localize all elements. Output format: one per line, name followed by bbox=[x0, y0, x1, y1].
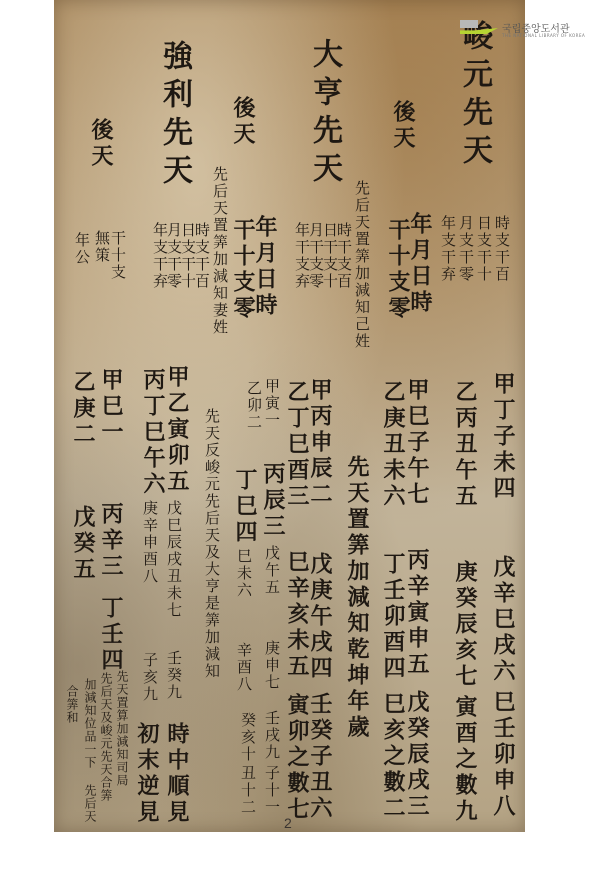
body-column: 寅卯之數七 bbox=[286, 693, 308, 823]
note-column: 先天置算加減知司局 bbox=[116, 670, 128, 787]
body-column: 庚癸辰亥七 bbox=[454, 560, 476, 690]
table-header: 時支干百 bbox=[494, 215, 509, 283]
body-column: 丙辛寅申五 bbox=[406, 548, 428, 678]
body-column: 庚辛申酉八 bbox=[142, 500, 157, 585]
body-column: 巳辛亥未五 bbox=[286, 550, 308, 680]
library-name-english: THE NATIONAL LIBRARY OF KOREA bbox=[502, 33, 585, 38]
body-column: 戊午五 bbox=[264, 545, 279, 596]
table-header: 無策 bbox=[94, 230, 109, 264]
body-column: 巳亥之數二 bbox=[382, 692, 404, 822]
body-column: 子十一 bbox=[264, 765, 279, 816]
heading-hucheon-1: 後天 bbox=[392, 100, 414, 152]
body-column: 丁壬卯酉四 bbox=[382, 552, 404, 682]
body-column: 甲乙寅卯五 bbox=[166, 365, 188, 495]
subheading-know-own-surname: 先后天置筭加減知己姓 bbox=[354, 180, 369, 350]
heading-hucheon-2: 後天 bbox=[232, 96, 254, 148]
table-header: 年月日時 bbox=[409, 212, 431, 316]
table-header: 干十支零 bbox=[387, 218, 409, 322]
heading-gangni-seoncheon: 強利先天 bbox=[159, 40, 189, 192]
table-header: 干十支零 bbox=[232, 218, 254, 322]
body-column: 丁巳四 bbox=[234, 468, 256, 546]
body-column: 乙丙丑午五 bbox=[454, 380, 476, 510]
body-column: 癸亥十 bbox=[240, 712, 255, 763]
body-column: 戊庚午戌四 bbox=[309, 552, 331, 682]
body-column: 壬癸子丑六 bbox=[309, 692, 331, 822]
body-column: 丑十二 bbox=[240, 765, 255, 816]
body-column: 乙丁巳酉三 bbox=[286, 380, 308, 510]
table-header: 年月日時 bbox=[254, 215, 276, 319]
page-number: 2 bbox=[284, 815, 292, 831]
table-header: 年支干弃 bbox=[440, 215, 455, 283]
body-column: 子亥九 bbox=[142, 652, 157, 703]
body-column: 丁壬四 bbox=[100, 596, 122, 674]
body-column: 戊癸五 bbox=[72, 505, 94, 583]
table-header: 干十支 bbox=[110, 230, 125, 281]
subheading-know-wife-surname: 先后天置筭加減知妻姓 bbox=[212, 166, 227, 336]
body-column: 甲寅一 bbox=[264, 378, 279, 429]
body-column: 巳壬卯申八 bbox=[492, 690, 514, 820]
note-column: 合筭和 bbox=[66, 685, 78, 724]
heading-junwon-seoncheon: 峻元先天 bbox=[459, 20, 489, 172]
body-column: 丙丁巳午六 bbox=[142, 368, 164, 498]
body-column: 戊巳辰戌丑未七 bbox=[166, 500, 181, 619]
body-column: 壬癸九 bbox=[166, 650, 181, 701]
body-column: 甲丁子未四 bbox=[492, 372, 514, 502]
table-header: 年支干弃 bbox=[152, 222, 167, 290]
heading-daehyeong-seoncheon: 大亨先天 bbox=[309, 38, 339, 190]
body-column: 辛酉八 bbox=[236, 642, 251, 693]
body-column: 時中順見 bbox=[166, 722, 188, 826]
body-column: 丙辛三 bbox=[100, 502, 122, 580]
library-logo-icon bbox=[460, 20, 500, 34]
body-column: 壬戌九 bbox=[264, 710, 279, 761]
body-column: 庚申七 bbox=[264, 640, 279, 691]
body-column: 初末逆見 bbox=[136, 722, 158, 826]
library-logo: 국립중앙도서관 THE NATIONAL LIBRARY OF KOREA bbox=[460, 20, 610, 42]
note-column: 加減知位品一下 先后天 bbox=[84, 678, 96, 823]
table-header: 年公 bbox=[74, 232, 89, 266]
table-header: 日支干十 bbox=[476, 215, 491, 283]
manuscript-page: 峻元先天 後天 大亨先天 後天 強利先天 後天 先后天置筭加減知己姓 先后天置筭… bbox=[54, 0, 525, 832]
body-column: 乙卯二 bbox=[246, 380, 261, 431]
note-junwon-daehyeong: 先天反峻元先后天及大亨是筭加減知 bbox=[204, 408, 219, 680]
body-column: 丙辰三 bbox=[262, 462, 284, 540]
heading-hucheon-3: 後天 bbox=[90, 118, 112, 170]
body-column: 甲丙申辰二 bbox=[309, 378, 331, 508]
note-column: 先后天及峻元先天合筭 bbox=[100, 672, 112, 802]
body-column: 甲巳子午七 bbox=[406, 378, 428, 508]
body-column: 乙庚丑未六 bbox=[382, 380, 404, 510]
body-column: 巳未六 bbox=[236, 548, 251, 599]
body-column: 甲巳一 bbox=[100, 368, 122, 446]
table-header: 年干支弃 bbox=[294, 222, 309, 290]
note-know-qiankun-age: 先天置筭加減知乾坤年歲 bbox=[346, 455, 368, 741]
table-header: 月支干零 bbox=[458, 215, 473, 283]
body-column: 寅酉之數九 bbox=[454, 695, 476, 825]
body-column: 乙庚二 bbox=[72, 370, 94, 448]
body-column: 戊辛巳戌六 bbox=[492, 555, 514, 685]
body-column: 戊癸辰戌三 bbox=[406, 690, 428, 820]
